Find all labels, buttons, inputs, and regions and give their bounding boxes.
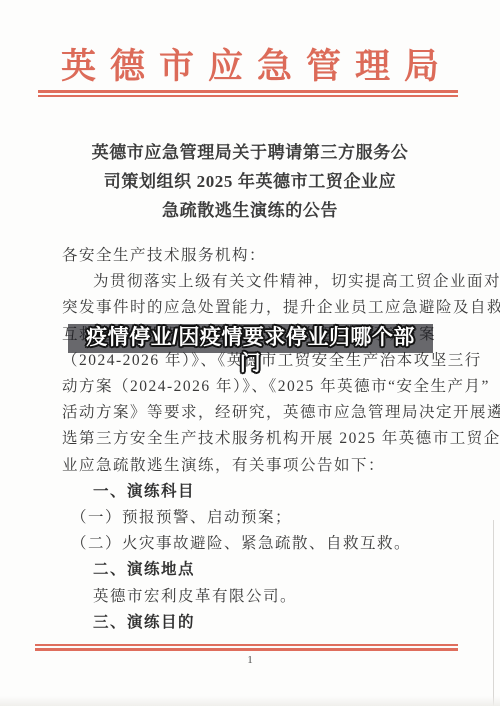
list-item-2: （二）火灾事故避险、紧急疏散、自救互救。 — [62, 531, 462, 557]
letterhead-rule-thin — [38, 95, 458, 97]
section-heading-1: 一、演练科目 — [62, 479, 462, 505]
footer-rule-thick — [35, 648, 458, 651]
body-line: 选第三方安全生产技术服务机构开展 2025 年英德市工贸企 — [62, 426, 462, 452]
footer-rule-thin — [35, 644, 458, 646]
list-item-1: （一）预报预警、启动预案； — [62, 505, 462, 531]
page-bottom-shade — [0, 696, 500, 706]
document-title-line-1: 英德市应急管理局关于聘请第三方服务公 — [0, 138, 500, 167]
body-line: 业应急疏散逃生演练，有关事项公告如下： — [62, 453, 462, 479]
body-line-location: 英德市宏利皮革有限公司。 — [62, 584, 462, 610]
document-page: 英德市应急管理局 英德市应急管理局关于聘请第三方服务公 司策划组织 2025 年… — [0, 0, 500, 706]
body-line: 为贯彻落实上级有关文件精神，切实提高工贸企业面对 — [62, 269, 462, 295]
document-body: 各安全生产技术服务机构： 为贯彻落实上级有关文件精神，切实提高工贸企业面对 突发… — [62, 243, 462, 636]
document-title-line-3: 急疏散逃生演练的公告 — [0, 196, 500, 225]
document-title-line-2: 司策划组织 2025 年英德市工贸企业应 — [0, 167, 500, 196]
page-number: 1 — [0, 654, 500, 666]
section-heading-2: 二、演练地点 — [62, 557, 462, 583]
section-heading-3: 三、演练目的 — [62, 610, 462, 636]
letterhead-rule-thick — [38, 90, 458, 93]
body-line-salutation: 各安全生产技术服务机构： — [62, 243, 462, 269]
body-line: 突发事件时的应急处置能力，提升企业员工应急避险及自救 — [62, 295, 462, 321]
document-title: 英德市应急管理局关于聘请第三方服务公 司策划组织 2025 年英德市工贸企业应 … — [0, 138, 500, 225]
body-line: 活动方案》等要求，经研究，英德市应急管理局决定开展遴 — [62, 400, 462, 426]
body-line: 动方案（2024-2026 年）》、《2025 年英德市“安全生产月” — [62, 374, 462, 400]
caption-line-1: 疫情停业/因疫情要求停业归哪个部 — [68, 324, 433, 353]
page-edge — [493, 520, 494, 706]
caption-line-2: 门 — [68, 352, 433, 375]
letterhead-agency-name: 英德市应急管理局 — [0, 48, 500, 86]
caption-overlay: 疫情停业/因疫情要求停业归哪个部 门 — [68, 324, 433, 375]
